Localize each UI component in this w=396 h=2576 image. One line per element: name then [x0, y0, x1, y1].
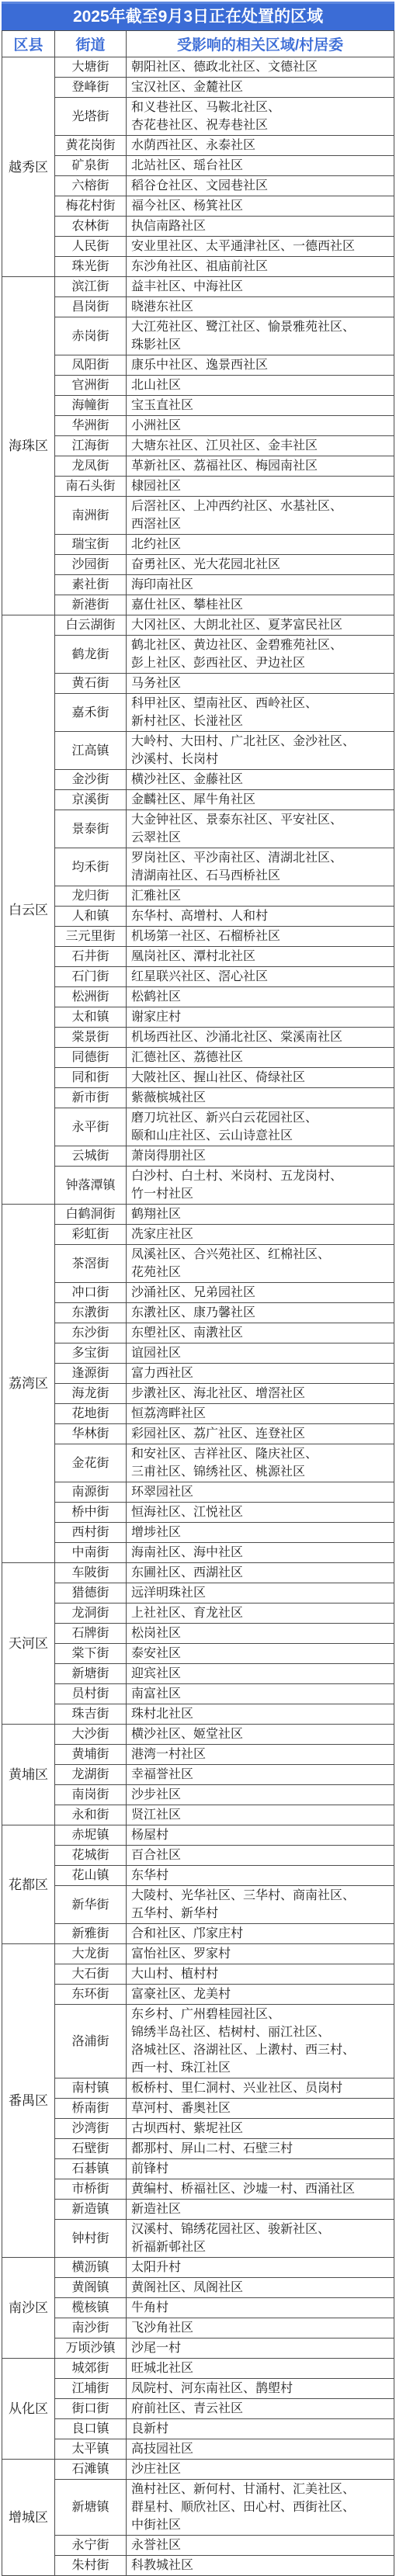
areas-cell: 海南社区、海中社区	[127, 1543, 394, 1563]
table-row: 同和街大陂社区、握山社区、倚绿社区	[2, 1068, 394, 1088]
street-cell: 石碁镇	[55, 2159, 127, 2179]
street-cell: 珠光街	[55, 257, 127, 277]
areas-cell: 宝玉直社区	[127, 396, 394, 416]
table-row: 东环街富豪社区、龙美村	[2, 1985, 394, 2005]
street-cell: 东沙街	[55, 1323, 127, 1343]
street-cell: 素社街	[55, 575, 127, 595]
table-row: 天河区车陂街东圃社区、西湖社区	[2, 1563, 394, 1583]
street-cell: 花城街	[55, 1846, 127, 1866]
street-cell: 江高镇	[55, 732, 127, 770]
street-cell: 三元里街	[55, 927, 127, 947]
areas-cell: 后滘社区、上冲西约社区、水基社区、 西滘社区	[127, 497, 394, 535]
street-cell: 榄核镇	[55, 2298, 127, 2318]
areas-cell: 稻谷仓社区、文园巷社区	[127, 176, 394, 196]
street-cell: 官洲街	[55, 376, 127, 396]
table-row: 三元里街机场第一社区、石榴桥社区	[2, 927, 394, 947]
street-cell: 海幢街	[55, 396, 127, 416]
column-header-district: 区县	[2, 31, 55, 57]
street-cell: 江海街	[55, 436, 127, 456]
table-row: 西村街增埗社区	[2, 1523, 394, 1543]
areas-cell: 杨屋村	[127, 1825, 394, 1846]
street-cell: 龙归街	[55, 886, 127, 907]
street-cell: 南洲街	[55, 497, 127, 535]
areas-cell: 执信南路社区	[127, 217, 394, 237]
table-row: 桥南街草河村、番奥社区	[2, 2099, 394, 2119]
street-cell: 同和街	[55, 1068, 127, 1088]
street-cell: 桥南街	[55, 2099, 127, 2119]
street-cell: 永平街	[55, 1108, 127, 1146]
areas-cell: 马务社区	[127, 674, 394, 694]
table-row: 珠吉街珠村北社区	[2, 1704, 394, 1725]
areas-cell: 鹤翔社区	[127, 1205, 394, 1225]
areas-cell: 大陵村、光华社区、三华村、商南社区、 五华村、新华村	[127, 1886, 394, 1924]
table-row: 六榕街稻谷仓社区、文园巷社区	[2, 176, 394, 196]
table-row: 珠光街东沙角社区、祖庙前社区	[2, 257, 394, 277]
table-row: 石门街红星联兴社区、滘心社区	[2, 967, 394, 987]
table-row: 松洲街松鹤社区	[2, 987, 394, 1007]
areas-cell: 新造社区	[127, 2200, 394, 2220]
areas-cell: 珠村北社区	[127, 1704, 394, 1725]
street-cell: 东漖街	[55, 1303, 127, 1323]
areas-cell: 科教城社区	[127, 2556, 394, 2576]
areas-cell: 增埗社区	[127, 1523, 394, 1543]
street-cell: 景泰街	[55, 810, 127, 848]
table-row: 黄花岗街水荫西社区、永泰社区	[2, 136, 394, 156]
district-cell: 花都区	[2, 1825, 55, 1944]
areas-cell: 宝汉社区、金麓社区	[127, 78, 394, 98]
areas-cell: 黄编村、桥福社区、沙墟一村、西涌社区	[127, 2179, 394, 2200]
areas-cell: 东圃社区、西湖社区	[127, 1563, 394, 1583]
areas-cell: 迎宾社区	[127, 1664, 394, 1684]
street-cell: 钟村街	[55, 2220, 127, 2258]
areas-cell: 黄阁社区、凤阁社区	[127, 2278, 394, 2298]
street-cell: 京溪街	[55, 790, 127, 810]
areas-cell: 旺城北社区	[127, 2359, 394, 2379]
street-cell: 松洲街	[55, 987, 127, 1007]
table-row: 梅花村街福今社区、杨箕社区	[2, 196, 394, 217]
street-cell: 石门街	[55, 967, 127, 987]
areas-cell: 罗岗社区、平沙南社区、清湖北社区、 清湖南社区、石马西桥社区	[127, 848, 394, 886]
street-cell: 太平镇	[55, 2439, 127, 2460]
areas-cell: 汇德社区、荔德社区	[127, 1048, 394, 1068]
table-row: 南洲街后滘社区、上冲西约社区、水基社区、 西滘社区	[2, 497, 394, 535]
table-row: 黄石街马务社区	[2, 674, 394, 694]
street-cell: 云城街	[55, 1146, 127, 1167]
areas-cell: 谢家庄村	[127, 1007, 394, 1028]
street-cell: 人和镇	[55, 907, 127, 927]
areas-cell: 牛角村	[127, 2298, 394, 2318]
areas-cell: 北约社区	[127, 535, 394, 555]
table-row: 嘉禾街科甲社区、望南社区、西岭社区、 新村社区、长湴社区	[2, 694, 394, 732]
table-row: 沙园街奋勇社区、光大花园北社区	[2, 555, 394, 575]
street-cell: 沙湾街	[55, 2119, 127, 2139]
areas-cell: 机场第一社区、石榴桥社区	[127, 927, 394, 947]
table-row: 新塘镇渔村社区、新何村、甘涌村、汇美社区、 群星村、顺欣社区、田心村、西街社区、…	[2, 2480, 394, 2536]
table-row: 新华街大陵村、光华社区、三华村、商南社区、 五华村、新华村	[2, 1886, 394, 1924]
areas-cell: 海印南社区	[127, 575, 394, 595]
areas-cell: 水荫西社区、永泰社区	[127, 136, 394, 156]
table-row: 江高镇大岭村、大田村、广北社区、金沙社区、 沙溪村、长岗村	[2, 732, 394, 770]
district-cell: 南沙区	[2, 2258, 55, 2359]
table-row: 素社街海印南社区	[2, 575, 394, 595]
table-row: 华林街彩园社区、荔广社区、连登社区	[2, 1424, 394, 1444]
areas-cell: 东华村	[127, 1866, 394, 1886]
table-row: 鹤龙街鹤北社区、黄边社区、金碧雅苑社区、 彭上社区、彭西社区、尹边社区	[2, 636, 394, 674]
table-row: 石井街凰岗社区、潭村北社区	[2, 947, 394, 967]
street-cell: 钟落潭镇	[55, 1167, 127, 1205]
table-row: 棠下街泰安社区	[2, 1644, 394, 1664]
street-cell: 金沙街	[55, 770, 127, 790]
street-cell: 洛浦街	[55, 2005, 127, 2078]
table-row: 东沙街东塱社区、南漖社区	[2, 1323, 394, 1343]
street-cell: 新造镇	[55, 2200, 127, 2220]
areas-cell: 金麟社区、犀牛角社区	[127, 790, 394, 810]
table-row: 员村街南富社区	[2, 1684, 394, 1704]
areas-cell: 大冈社区、大朗北社区、夏茅富民社区	[127, 615, 394, 636]
table-row: 凤阳街康乐中社区、逸景西社区	[2, 355, 394, 376]
table-row: 南沙区横沥镇太阳升村	[2, 2258, 394, 2278]
street-cell: 农林街	[55, 217, 127, 237]
areas-cell: 和义巷社区、马鞍北社区、 杏花巷社区、祝寿巷社区	[127, 98, 394, 136]
table-row: 沙湾街古坝西村、紫坭社区	[2, 2119, 394, 2139]
areas-cell: 永誉社区	[127, 2536, 394, 2556]
areas-cell: 奋勇社区、光大花园北社区	[127, 555, 394, 575]
street-cell: 市桥街	[55, 2179, 127, 2200]
table-row: 龙洞街上社社区、育龙社区	[2, 1603, 394, 1624]
street-cell: 华洲街	[55, 416, 127, 436]
table-row: 万顷沙镇沙尾一村	[2, 2339, 394, 2359]
table-row: 海珠区滨江街益丰社区、中海社区	[2, 277, 394, 297]
areas-cell: 远洋明珠社区	[127, 1583, 394, 1603]
street-cell: 大沙街	[55, 1725, 127, 1745]
street-cell: 猎德街	[55, 1583, 127, 1603]
street-cell: 永宁街	[55, 2536, 127, 2556]
street-cell: 六榕街	[55, 176, 127, 196]
table-row: 市桥街黄编村、桥福社区、沙墟一村、西涌社区	[2, 2179, 394, 2200]
street-cell: 光塔街	[55, 98, 127, 136]
areas-cell: 贤江社区	[127, 1805, 394, 1825]
table-row: 多宝街谊园社区	[2, 1343, 394, 1364]
street-cell: 龙湖街	[55, 1765, 127, 1785]
table-row: 黄埔街港湾一村社区	[2, 1745, 394, 1765]
street-cell: 南村镇	[55, 2078, 127, 2099]
table-row: 花山镇东华村	[2, 1866, 394, 1886]
column-header-street: 街道	[55, 31, 127, 57]
table-row: 从化区城郊街旺城北社区	[2, 2359, 394, 2379]
areas-cell: 泰安社区	[127, 1644, 394, 1664]
street-cell: 石井街	[55, 947, 127, 967]
district-cell: 越秀区	[2, 57, 55, 277]
table-row: 矿泉街北站社区、瑶台社区	[2, 156, 394, 176]
district-cell: 海珠区	[2, 277, 55, 615]
table-row: 街口街府前社区、青云社区	[2, 2399, 394, 2419]
street-cell: 黄花岗街	[55, 136, 127, 156]
table-row: 大石街大山村、植村村	[2, 1964, 394, 1985]
street-cell: 矿泉街	[55, 156, 127, 176]
areas-cell: 百合社区	[127, 1846, 394, 1866]
district-cell: 白云区	[2, 615, 55, 1205]
areas-cell: 革新社区、荔福社区、梅园南社区	[127, 456, 394, 477]
areas-table: 区县 街道 受影响的相关区域/村居委 越秀区大塘街朝阳社区、德政北社区、文德社区…	[2, 30, 394, 2576]
table-row: 农林街执信南路社区	[2, 217, 394, 237]
areas-cell: 都那村、屏山二村、石壁三村	[127, 2139, 394, 2159]
table-row: 金沙街横沙社区、金藤社区	[2, 770, 394, 790]
street-cell: 新雅街	[55, 1924, 127, 1944]
table-row: 番禺区大龙街富怡社区、罗家村	[2, 1944, 394, 1964]
column-header-areas: 受影响的相关区域/村居委	[127, 31, 394, 57]
areas-cell: 汉溪村、锦绣花园社区、骏新社区、 祈福新邨社区	[127, 2220, 394, 2258]
table-row: 人民街安业里社区、太平通津社区、一德西社区	[2, 237, 394, 257]
street-cell: 花山镇	[55, 1866, 127, 1886]
areas-cell: 富豪社区、龙美村	[127, 1985, 394, 2005]
areas-cell: 凰岗社区、潭村北社区	[127, 947, 394, 967]
table-row: 茶滘街凤溪社区、合兴苑社区、红棉社区、 花苑社区	[2, 1245, 394, 1283]
table-row: 洛浦街东乡村、广州碧桂园社区、 锦绣半岛社区、桔树村、丽江社区、 洛城社区、洛湖…	[2, 2005, 394, 2078]
areas-cell: 板桥村、里仁洞村、兴业社区、员岗村	[127, 2078, 394, 2099]
street-cell: 新港街	[55, 595, 127, 615]
table-row: 越秀区大塘街朝阳社区、德政北社区、文德社区	[2, 57, 394, 78]
street-cell: 花地街	[55, 1404, 127, 1424]
street-cell: 横沥镇	[55, 2258, 127, 2278]
table-body: 越秀区大塘街朝阳社区、德政北社区、文德社区登峰街宝汉社区、金麓社区光塔街和义巷社…	[2, 57, 394, 2576]
table-row: 江埔街凤院村、河东南社区、鹊塱村	[2, 2379, 394, 2399]
table-row: 南岗街沙步社区	[2, 1785, 394, 1805]
table-row: 新市街紫薇槟城社区	[2, 1088, 394, 1108]
table-row: 花都区赤坭镇杨屋村	[2, 1825, 394, 1846]
table-row: 逢源街富力西社区	[2, 1364, 394, 1384]
street-cell: 新塘镇	[55, 2480, 127, 2536]
table-row: 花城街百合社区	[2, 1846, 394, 1866]
street-cell: 新市街	[55, 1088, 127, 1108]
street-cell: 桥中街	[55, 1503, 127, 1523]
table-row: 江海街大塘东社区、江贝社区、金丰社区	[2, 436, 394, 456]
areas-cell: 红星联兴社区、滘心社区	[127, 967, 394, 987]
areas-cell: 渔村社区、新何村、甘涌村、汇美社区、 群星村、顺欣社区、田心村、西街社区、 中街…	[127, 2480, 394, 2536]
areas-cell: 萧岗得朋社区	[127, 1146, 394, 1167]
street-cell: 棠景街	[55, 1028, 127, 1048]
areas-cell: 白沙村、白土村、米岗村、五龙岗村、 竹一村社区	[127, 1167, 394, 1205]
street-cell: 冲口街	[55, 1283, 127, 1303]
areas-cell: 康乐中社区、逸景西社区	[127, 355, 394, 376]
table-row: 永和街贤江社区	[2, 1805, 394, 1825]
areas-cell: 沙庄社区	[127, 2460, 394, 2480]
table-row: 新造镇新造社区	[2, 2200, 394, 2220]
header-row: 区县 街道 受影响的相关区域/村居委	[2, 31, 394, 57]
areas-cell: 沙涌社区、兄弟园社区	[127, 1283, 394, 1303]
areas-cell: 飞沙角社区	[127, 2318, 394, 2339]
street-cell: 南岗街	[55, 1785, 127, 1805]
areas-cell: 凤院村、河东南社区、鹊塱村	[127, 2379, 394, 2399]
table-row: 太和镇谢家庄村	[2, 1007, 394, 1028]
table-row: 昌岗街晓港东社区	[2, 297, 394, 317]
areas-cell: 上社社区、育龙社区	[127, 1603, 394, 1624]
table-row: 钟落潭镇白沙村、白土村、米岗村、五龙岗村、 竹一村社区	[2, 1167, 394, 1205]
areas-cell: 富怡社区、罗家村	[127, 1944, 394, 1964]
street-cell: 逢源街	[55, 1364, 127, 1384]
areas-cell: 东乡村、广州碧桂园社区、 锦绣半岛社区、桔树村、丽江社区、 洛城社区、洛湖社区、…	[127, 2005, 394, 2078]
street-cell: 鹤龙街	[55, 636, 127, 674]
district-cell: 增城区	[2, 2460, 55, 2576]
table-row: 增城区石滩镇沙庄社区	[2, 2460, 394, 2480]
areas-cell: 晓港东社区	[127, 297, 394, 317]
areas-cell: 恒荔湾畔社区	[127, 1404, 394, 1424]
table-row: 猎德街远洋明珠社区	[2, 1583, 394, 1603]
table-row: 太平镇高技园社区	[2, 2439, 394, 2460]
areas-cell: 古坝西村、紫坭社区	[127, 2119, 394, 2139]
areas-cell: 太阳升村	[127, 2258, 394, 2278]
areas-cell: 鹤北社区、黄边社区、金碧雅苑社区、 彭上社区、彭西社区、尹边社区	[127, 636, 394, 674]
table-row: 良口镇良新村	[2, 2419, 394, 2439]
street-cell: 嘉禾街	[55, 694, 127, 732]
table-row: 南沙街飞沙角社区	[2, 2318, 394, 2339]
street-cell: 登峰街	[55, 78, 127, 98]
areas-cell: 松鹤社区	[127, 987, 394, 1007]
street-cell: 万顷沙镇	[55, 2339, 127, 2359]
table-row: 南村镇板桥村、里仁洞村、兴业社区、员岗村	[2, 2078, 394, 2099]
table-row: 龙凤街革新社区、荔福社区、梅园南社区	[2, 456, 394, 477]
areas-cell: 益丰社区、中海社区	[127, 277, 394, 297]
areas-cell: 沙步社区	[127, 1785, 394, 1805]
table-row: 东漖街东漖社区、康乃馨社区	[2, 1303, 394, 1323]
street-cell: 大龙街	[55, 1944, 127, 1964]
street-cell: 瑞宝街	[55, 535, 127, 555]
table-row: 龙归街汇雅社区	[2, 886, 394, 907]
table-row: 龙湖街幸福誉社区	[2, 1765, 394, 1785]
areas-cell: 沙尾一村	[127, 2339, 394, 2359]
areas-cell: 北山社区	[127, 376, 394, 396]
table-row: 登峰街宝汉社区、金麓社区	[2, 78, 394, 98]
street-cell: 朱村街	[55, 2556, 127, 2576]
table-row: 永宁街永誉社区	[2, 2536, 394, 2556]
street-cell: 员村街	[55, 1684, 127, 1704]
street-cell: 黄石街	[55, 674, 127, 694]
table-row: 海幢街宝玉直社区	[2, 396, 394, 416]
street-cell: 均禾街	[55, 848, 127, 886]
table-row: 新塘街迎宾社区	[2, 1664, 394, 1684]
street-cell: 大塘街	[55, 57, 127, 78]
street-cell: 龙洞街	[55, 1603, 127, 1624]
areas-cell: 科甲社区、望南社区、西岭社区、 新村社区、长湴社区	[127, 694, 394, 732]
district-cell: 从化区	[2, 2359, 55, 2460]
areas-cell: 横沙社区、金藤社区	[127, 770, 394, 790]
street-cell: 人民街	[55, 237, 127, 257]
table-row: 金花街和安社区、吉祥社区、隆庆社区、 三甫社区、锦绣社区、桃源社区	[2, 1444, 394, 1482]
areas-cell: 安业里社区、太平通津社区、一德西社区	[127, 237, 394, 257]
table-row: 京溪街金麟社区、犀牛角社区	[2, 790, 394, 810]
areas-cell: 东漖社区、康乃馨社区	[127, 1303, 394, 1323]
table-row: 均禾街罗岗社区、平沙南社区、清湖北社区、 清湖南社区、石马西桥社区	[2, 848, 394, 886]
street-cell: 南沙街	[55, 2318, 127, 2339]
areas-cell: 凤溪社区、合兴苑社区、红棉社区、 花苑社区	[127, 1245, 394, 1283]
areas-cell: 小洲社区	[127, 416, 394, 436]
table-row: 景泰街大金钟社区、景泰东社区、平安社区、 云翠社区	[2, 810, 394, 848]
areas-cell: 横沙社区、姬堂社区	[127, 1725, 394, 1745]
street-cell: 中南街	[55, 1543, 127, 1563]
street-cell: 赤坭镇	[55, 1825, 127, 1846]
street-cell: 西村街	[55, 1523, 127, 1543]
street-cell: 金花街	[55, 1444, 127, 1482]
table-row: 瑞宝街北约社区	[2, 535, 394, 555]
street-cell: 赤岗街	[55, 317, 127, 355]
areas-cell: 幸福誉社区	[127, 1765, 394, 1785]
district-cell: 天河区	[2, 1563, 55, 1725]
table-title: 2025年截至9月3日正在处置的区域	[2, 2, 394, 30]
street-cell: 良口镇	[55, 2419, 127, 2439]
areas-cell: 嘉仕社区、攀桂社区	[127, 595, 394, 615]
street-cell: 新华街	[55, 1886, 127, 1924]
street-cell: 滨江街	[55, 277, 127, 297]
areas-cell: 大金钟社区、景泰东社区、平安社区、 云翠社区	[127, 810, 394, 848]
table-row: 南石头街棣园社区	[2, 477, 394, 497]
areas-cell: 合和社区、邝家庄村	[127, 1924, 394, 1944]
table-row: 新港街嘉仕社区、攀桂社区	[2, 595, 394, 615]
table-row: 石壁街都那村、屏山二村、石壁三村	[2, 2139, 394, 2159]
table-row: 海龙街步漖社区、海北社区、增滘社区	[2, 1384, 394, 1404]
areas-cell: 良新村	[127, 2419, 394, 2439]
table-row: 榄核镇牛角村	[2, 2298, 394, 2318]
table-row: 冲口街沙涌社区、兄弟园社区	[2, 1283, 394, 1303]
district-cell: 番禺区	[2, 1944, 55, 2258]
areas-cell: 大岭村、大田村、广北社区、金沙社区、 沙溪村、长岗村	[127, 732, 394, 770]
areas-cell: 恒海社区、江悦社区	[127, 1503, 394, 1523]
areas-cell: 高技园社区	[127, 2439, 394, 2460]
street-cell: 梅花村街	[55, 196, 127, 217]
table-row: 光塔街和义巷社区、马鞍北社区、 杏花巷社区、祝寿巷社区	[2, 98, 394, 136]
areas-cell: 机场西社区、沙涌北社区、棠溪南社区	[127, 1028, 394, 1048]
street-cell: 龙凤街	[55, 456, 127, 477]
street-cell: 沙园街	[55, 555, 127, 575]
table-row: 石碁镇前锋村	[2, 2159, 394, 2179]
table-row: 人和镇东华村、高增村、人和村	[2, 907, 394, 927]
areas-cell: 棣园社区	[127, 477, 394, 497]
table-row: 官洲街北山社区	[2, 376, 394, 396]
street-cell: 白鹤洞街	[55, 1205, 127, 1225]
areas-cell: 富力西社区	[127, 1364, 394, 1384]
street-cell: 黄埔街	[55, 1745, 127, 1765]
areas-cell: 府前社区、青云社区	[127, 2399, 394, 2419]
areas-cell: 港湾一村社区	[127, 1745, 394, 1765]
areas-cell: 南富社区	[127, 1684, 394, 1704]
table-row: 棠景街机场西社区、沙涌北社区、棠溪南社区	[2, 1028, 394, 1048]
areas-cell: 东塱社区、南漖社区	[127, 1323, 394, 1343]
areas-cell: 汇雅社区	[127, 886, 394, 907]
table-row: 彩虹街冼家庄社区	[2, 1225, 394, 1245]
street-cell: 珠吉街	[55, 1704, 127, 1725]
district-cell: 黄埔区	[2, 1725, 55, 1825]
street-cell: 南源街	[55, 1482, 127, 1503]
table-row: 花地街恒荔湾畔社区	[2, 1404, 394, 1424]
street-cell: 东环街	[55, 1985, 127, 2005]
areas-cell: 福今社区、杨箕社区	[127, 196, 394, 217]
areas-cell: 步漖社区、海北社区、增滘社区	[127, 1384, 394, 1404]
street-cell: 凤阳街	[55, 355, 127, 376]
street-cell: 茶滘街	[55, 1245, 127, 1283]
table-row: 云城街萧岗得朋社区	[2, 1146, 394, 1167]
areas-cell: 东沙角社区、祖庙前社区	[127, 257, 394, 277]
areas-cell: 草河村、番奥社区	[127, 2099, 394, 2119]
street-cell: 彩虹街	[55, 1225, 127, 1245]
street-cell: 石滩镇	[55, 2460, 127, 2480]
table-row: 黄阁镇黄阁社区、凤阁社区	[2, 2278, 394, 2298]
table-row: 南源街环翠园社区	[2, 1482, 394, 1503]
areas-cell: 前锋村	[127, 2159, 394, 2179]
table-row: 中南街海南社区、海中社区	[2, 1543, 394, 1563]
street-cell: 同德街	[55, 1048, 127, 1068]
areas-cell: 冼家庄社区	[127, 1225, 394, 1245]
table-row: 朱村街科教城社区	[2, 2556, 394, 2576]
areas-cell: 紫薇槟城社区	[127, 1088, 394, 1108]
areas-cell: 大山村、植村村	[127, 1964, 394, 1985]
